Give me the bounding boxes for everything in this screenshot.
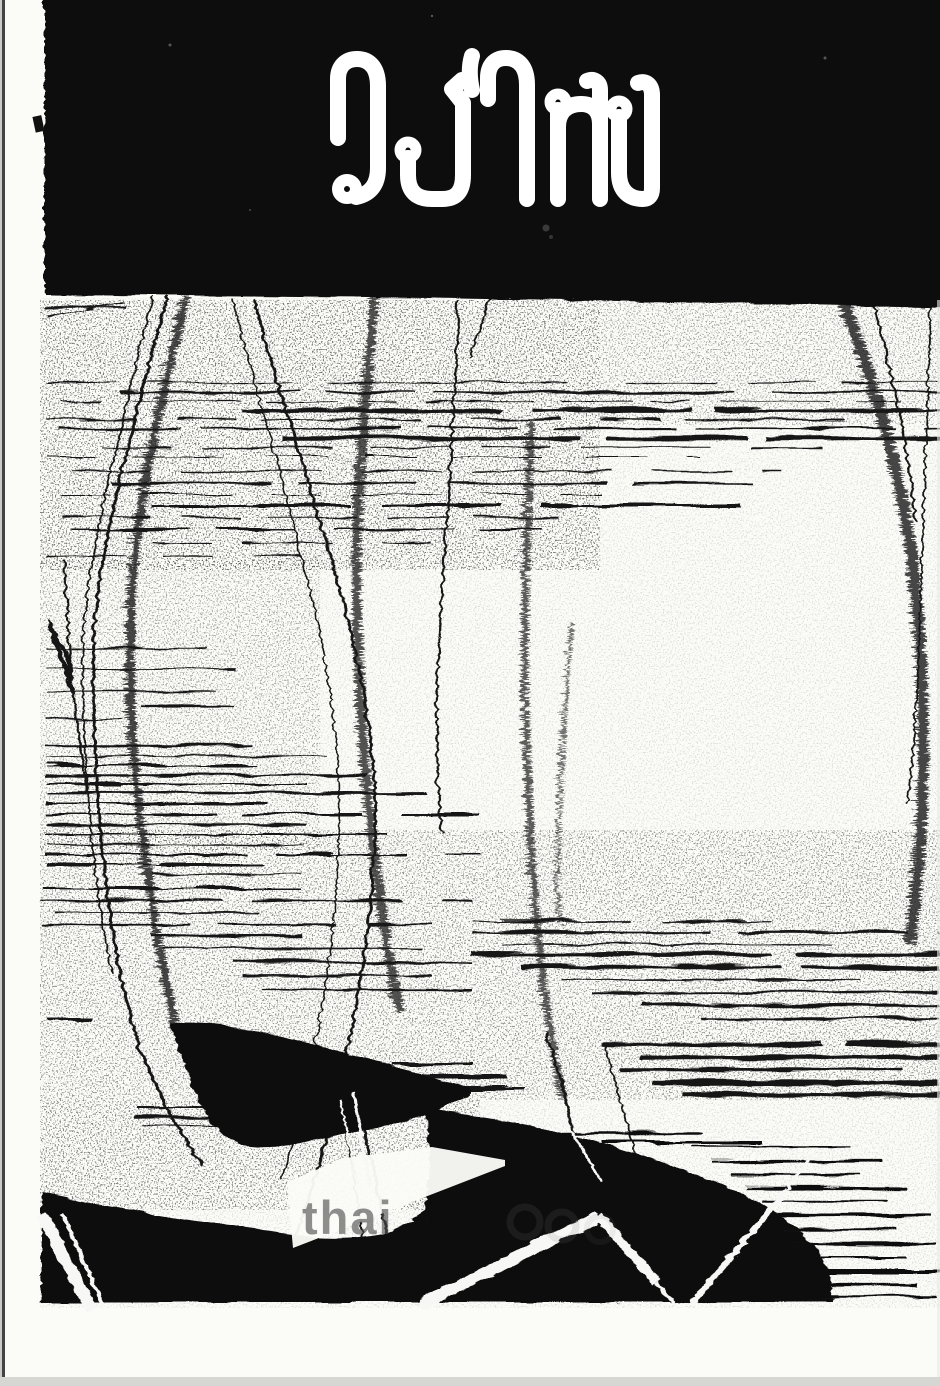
- banner-shape: [43, 0, 940, 306]
- page-bottom-strip: [0, 1377, 940, 1386]
- scan-edge-left-line: [2, 0, 5, 1380]
- manga-page: ใช่ไหม thai: [0, 0, 940, 1386]
- artwork-canvas: [0, 0, 940, 1386]
- title-banner: [43, 0, 940, 306]
